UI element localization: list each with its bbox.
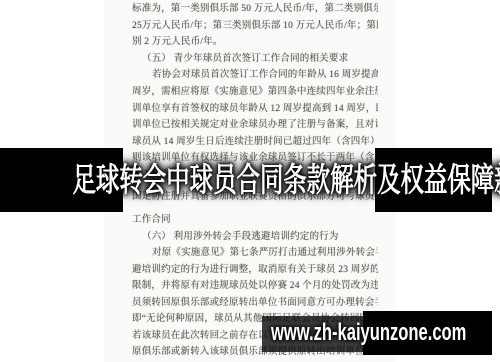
- document-line: 别 2 万元人民币/年。: [132, 34, 378, 51]
- document-line: 训单位享有首签权的球员年龄从 12 周岁提高到 14 周岁，即“培: [132, 101, 378, 118]
- document-line: 员须转回原俱乐部或经原转出单位书面同意方可办理转会手续，: [132, 295, 378, 312]
- document-line: 若协会对球员首次签订工作合同的年龄从 16 周岁提高到 18: [132, 67, 378, 84]
- article-image: 标准为，第一类别俱乐部 50 万元人民币/年，第二类别俱乐部25万元人民币/年；…: [0, 0, 500, 362]
- watermark-url: www.zh-kaiyunzone.com: [271, 311, 466, 355]
- document-line: 25万元人民币/年；第三类别俱乐部 10 万元人民币/年；第四类: [132, 18, 378, 35]
- document-line: 对原《实施意见》第七条严厉打击通过利用涉外转会手段逃: [132, 245, 378, 262]
- document-line: 限制，并将原有对违规球员处以停赛 24 个月的处罚改为违规球: [132, 278, 378, 295]
- document-line: 周岁，需相应将原《实施意见》第四条中连续四年业余注册的培: [132, 84, 378, 101]
- document-line: 避培训约定的行为进行调整，取消原有关于球员 23 周岁的年龄: [132, 262, 378, 279]
- document-line: （五） 青少年球员首次签订工作合同的相关要求: [132, 51, 378, 68]
- document-line: 训单位已按相关规定对业余球员办理了注册与备案，且对该业余: [132, 117, 378, 134]
- document-line: 工作合同: [132, 212, 378, 229]
- document-line: 标准为，第一类别俱乐部 50 万元人民币/年，第二类别俱乐部: [132, 1, 378, 18]
- document-line: （六） 利用涉外转会手段逃避培训约定的行为: [132, 229, 378, 246]
- headline-title: 足球转会中球员合同条款解析及权益保障新趋势: [73, 148, 428, 212]
